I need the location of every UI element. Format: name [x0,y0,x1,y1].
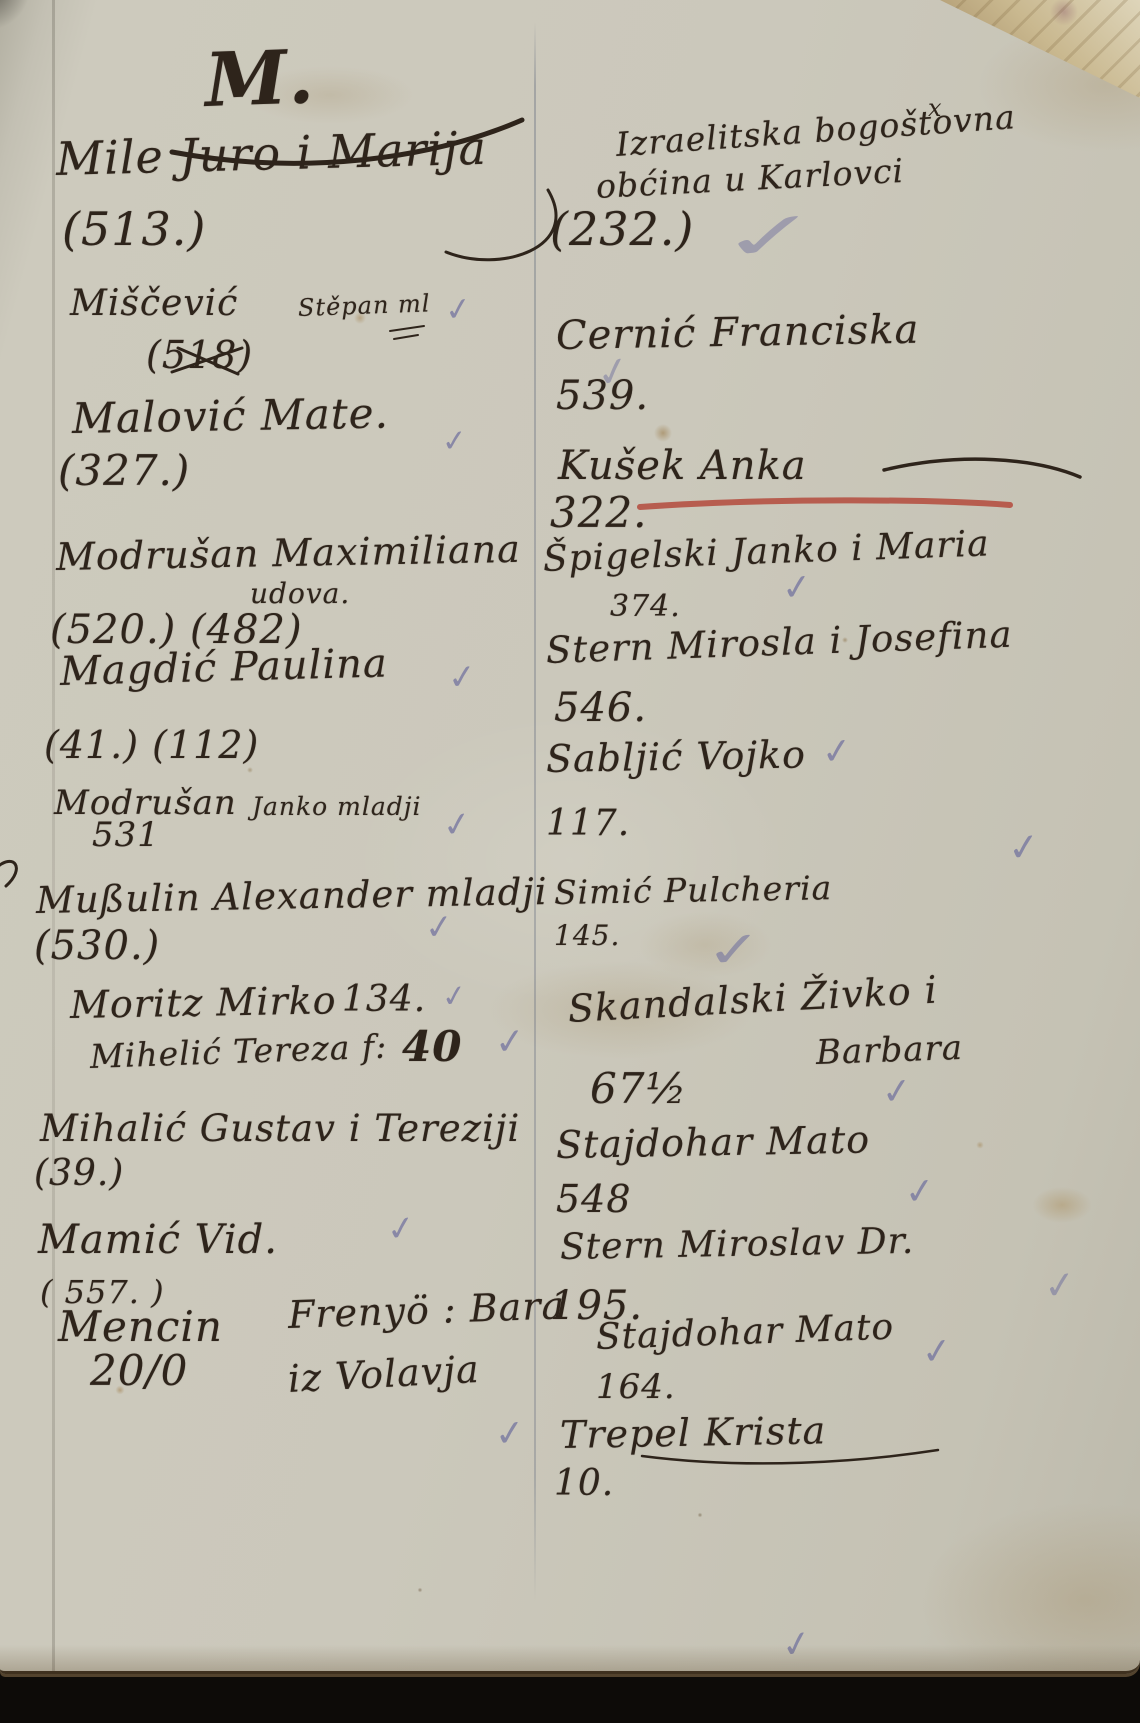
checkmark: ✓ [1006,827,1042,868]
checkmark: ✓ [423,909,455,946]
left-entry-0-number: (513.) [62,206,206,252]
checkmark: ✓ [440,981,469,1014]
checkmark: ✓ [385,1210,418,1248]
right-entry-7-number: 67½ [590,1068,687,1110]
checkmark: ✓ [780,569,814,608]
register-page: M. Mile Juro i Marija (513.) Miščević St… [0,0,1140,1674]
stray-ink-left-edge [0,861,16,886]
right-entry-8-number: 548 [556,1180,632,1218]
checkmark: ✓ [1042,1265,1078,1306]
left-entry-11-detail: Frenyö : Bara [287,1286,565,1334]
checkmark: ✓ [443,291,474,326]
x-annotation-mark: x [928,96,942,120]
right-entry-6-name: Simić Pulcheria [554,871,833,909]
left-entry-1-number: (518) [146,336,253,374]
right-entry-5-number: 117. [546,806,630,842]
flourish-kusek-tail [884,459,1080,477]
right-entry-10-number: 164. [596,1370,676,1404]
checkmark: ✓ [717,202,823,272]
left-entry-2-name: Malović Mate. [72,392,390,440]
checkmark: ✓ [920,1333,954,1372]
checkmark: ✓ [704,924,764,976]
left-entry-1-name: Miščević [70,286,238,322]
checkmark: ✓ [441,426,469,458]
right-entry-2-name: Kušek Anka [558,446,807,486]
left-entry-6-name: Mußulin Alexander mladji [36,873,548,919]
right-entry-3-number: 374. [610,592,681,622]
left-entry-4-name: Magdić Paulina [59,643,388,692]
right-entry-11-name: Trepel Krista [560,1411,827,1454]
left-entry-8-number: 40 [402,1026,462,1068]
right-entry-0-name: Izraelitska bogoštovna [615,100,1017,161]
left-entry-5-detail: Janko mladji [252,794,422,819]
folded-corner [940,0,1140,98]
right-entry-8-name: Stajdohar Mato [556,1121,871,1164]
checkmark: ✓ [446,659,478,696]
checkmark: ✓ [880,1073,914,1112]
right-entry-7-name: Skandalski Živko i [567,971,939,1028]
checkmark: ✓ [493,1023,526,1061]
binding-crease [52,0,55,1674]
left-entry-9-name: Mihalić Gustav i Tereziji [40,1110,520,1147]
checkmark: ✓ [493,1415,527,1454]
underline-ml [390,326,424,331]
left-entry-0-name: Mile Juro i Marija [55,125,487,182]
left-entry-7-number: 134. [342,982,426,1018]
left-entry-3-name2: udova. [250,580,350,608]
underline-ml [394,335,418,339]
left-entry-11-number: 20/0 [90,1350,188,1392]
right-entry-5-name: Sabljić Vojko [546,735,807,778]
left-entry-11-name2: iz Volavja [287,1350,481,1398]
left-entry-3-name: Modrušan Maximiliana [56,530,521,576]
checkmark: ✓ [903,1173,937,1212]
left-entry-8-name: Mihelić Tereza f: [89,1030,387,1073]
checkmark: ✓ [820,733,854,772]
left-entry-6-number: (530.) [34,926,160,966]
right-entry-0-number: (232.) [550,206,694,252]
red-underline [640,500,1010,507]
left-entry-9-number: (39.) [34,1156,124,1192]
left-entry-10-name: Mamić Vid. [38,1220,278,1260]
left-entry-7-name: Moritz Mirko [70,981,337,1024]
right-entry-9-name: Stern Miroslav Dr. [560,1224,915,1266]
column-divider [534,22,536,1602]
page-bottom-edge [0,1645,1140,1674]
left-entry-4-number: (41.) (112) [44,726,259,764]
right-entry-7-name2: Barbara [815,1031,963,1070]
right-entry-6-number: 145. [554,922,620,950]
right-entry-4-number: 546. [554,688,647,728]
section-letter-heading: M. [204,40,316,118]
right-entry-10-name: Stajdohar Mato [595,1310,894,1356]
left-entry-5-number: 531 [92,818,160,852]
right-entry-11-number: 10. [554,1466,614,1502]
checkmark: ✓ [441,806,474,844]
left-entry-2-number: (327.) [58,450,190,492]
right-entry-2-number: 322. [550,492,648,534]
left-entry-11-name: Mencin [58,1306,223,1348]
flourish-marija-tail [446,190,556,260]
left-entry-1-detail: Stěpan ml [298,291,431,320]
